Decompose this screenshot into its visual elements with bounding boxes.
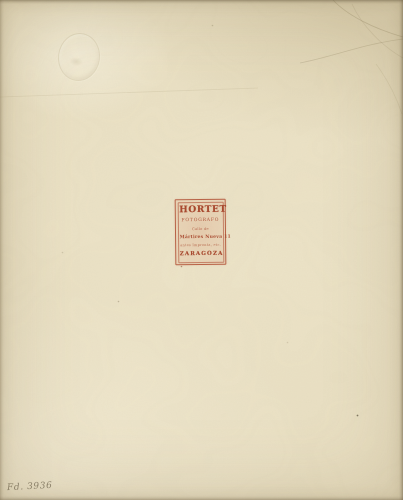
- smudge-mark: [67, 54, 86, 68]
- photograph-verso: HORTET FOTOGRAFO Calle de Mártires Nueva…: [0, 0, 403, 500]
- dust-specks: [0, 0, 1, 1]
- photographer-stamp-frame: HORTET FOTOGRAFO Calle de Mártires Nueva…: [177, 201, 224, 262]
- stamp-city: ZARAGOZA: [180, 252, 222, 258]
- stamp-address-note: antes Imprenta, etc.: [180, 244, 222, 248]
- stamp-address: Mártires Nueva 11: [180, 236, 222, 241]
- stamp-street-prefix: Calle de: [179, 228, 221, 232]
- embossed-circle-mark: [55, 30, 103, 83]
- pencil-inscription: Fd. 3936: [7, 481, 53, 493]
- stamp-studio-name: HORTET: [179, 205, 221, 214]
- photographer-stamp: HORTET FOTOGRAFO Calle de Mártires Nueva…: [175, 199, 227, 266]
- stamp-profession: FOTOGRAFO: [179, 218, 221, 223]
